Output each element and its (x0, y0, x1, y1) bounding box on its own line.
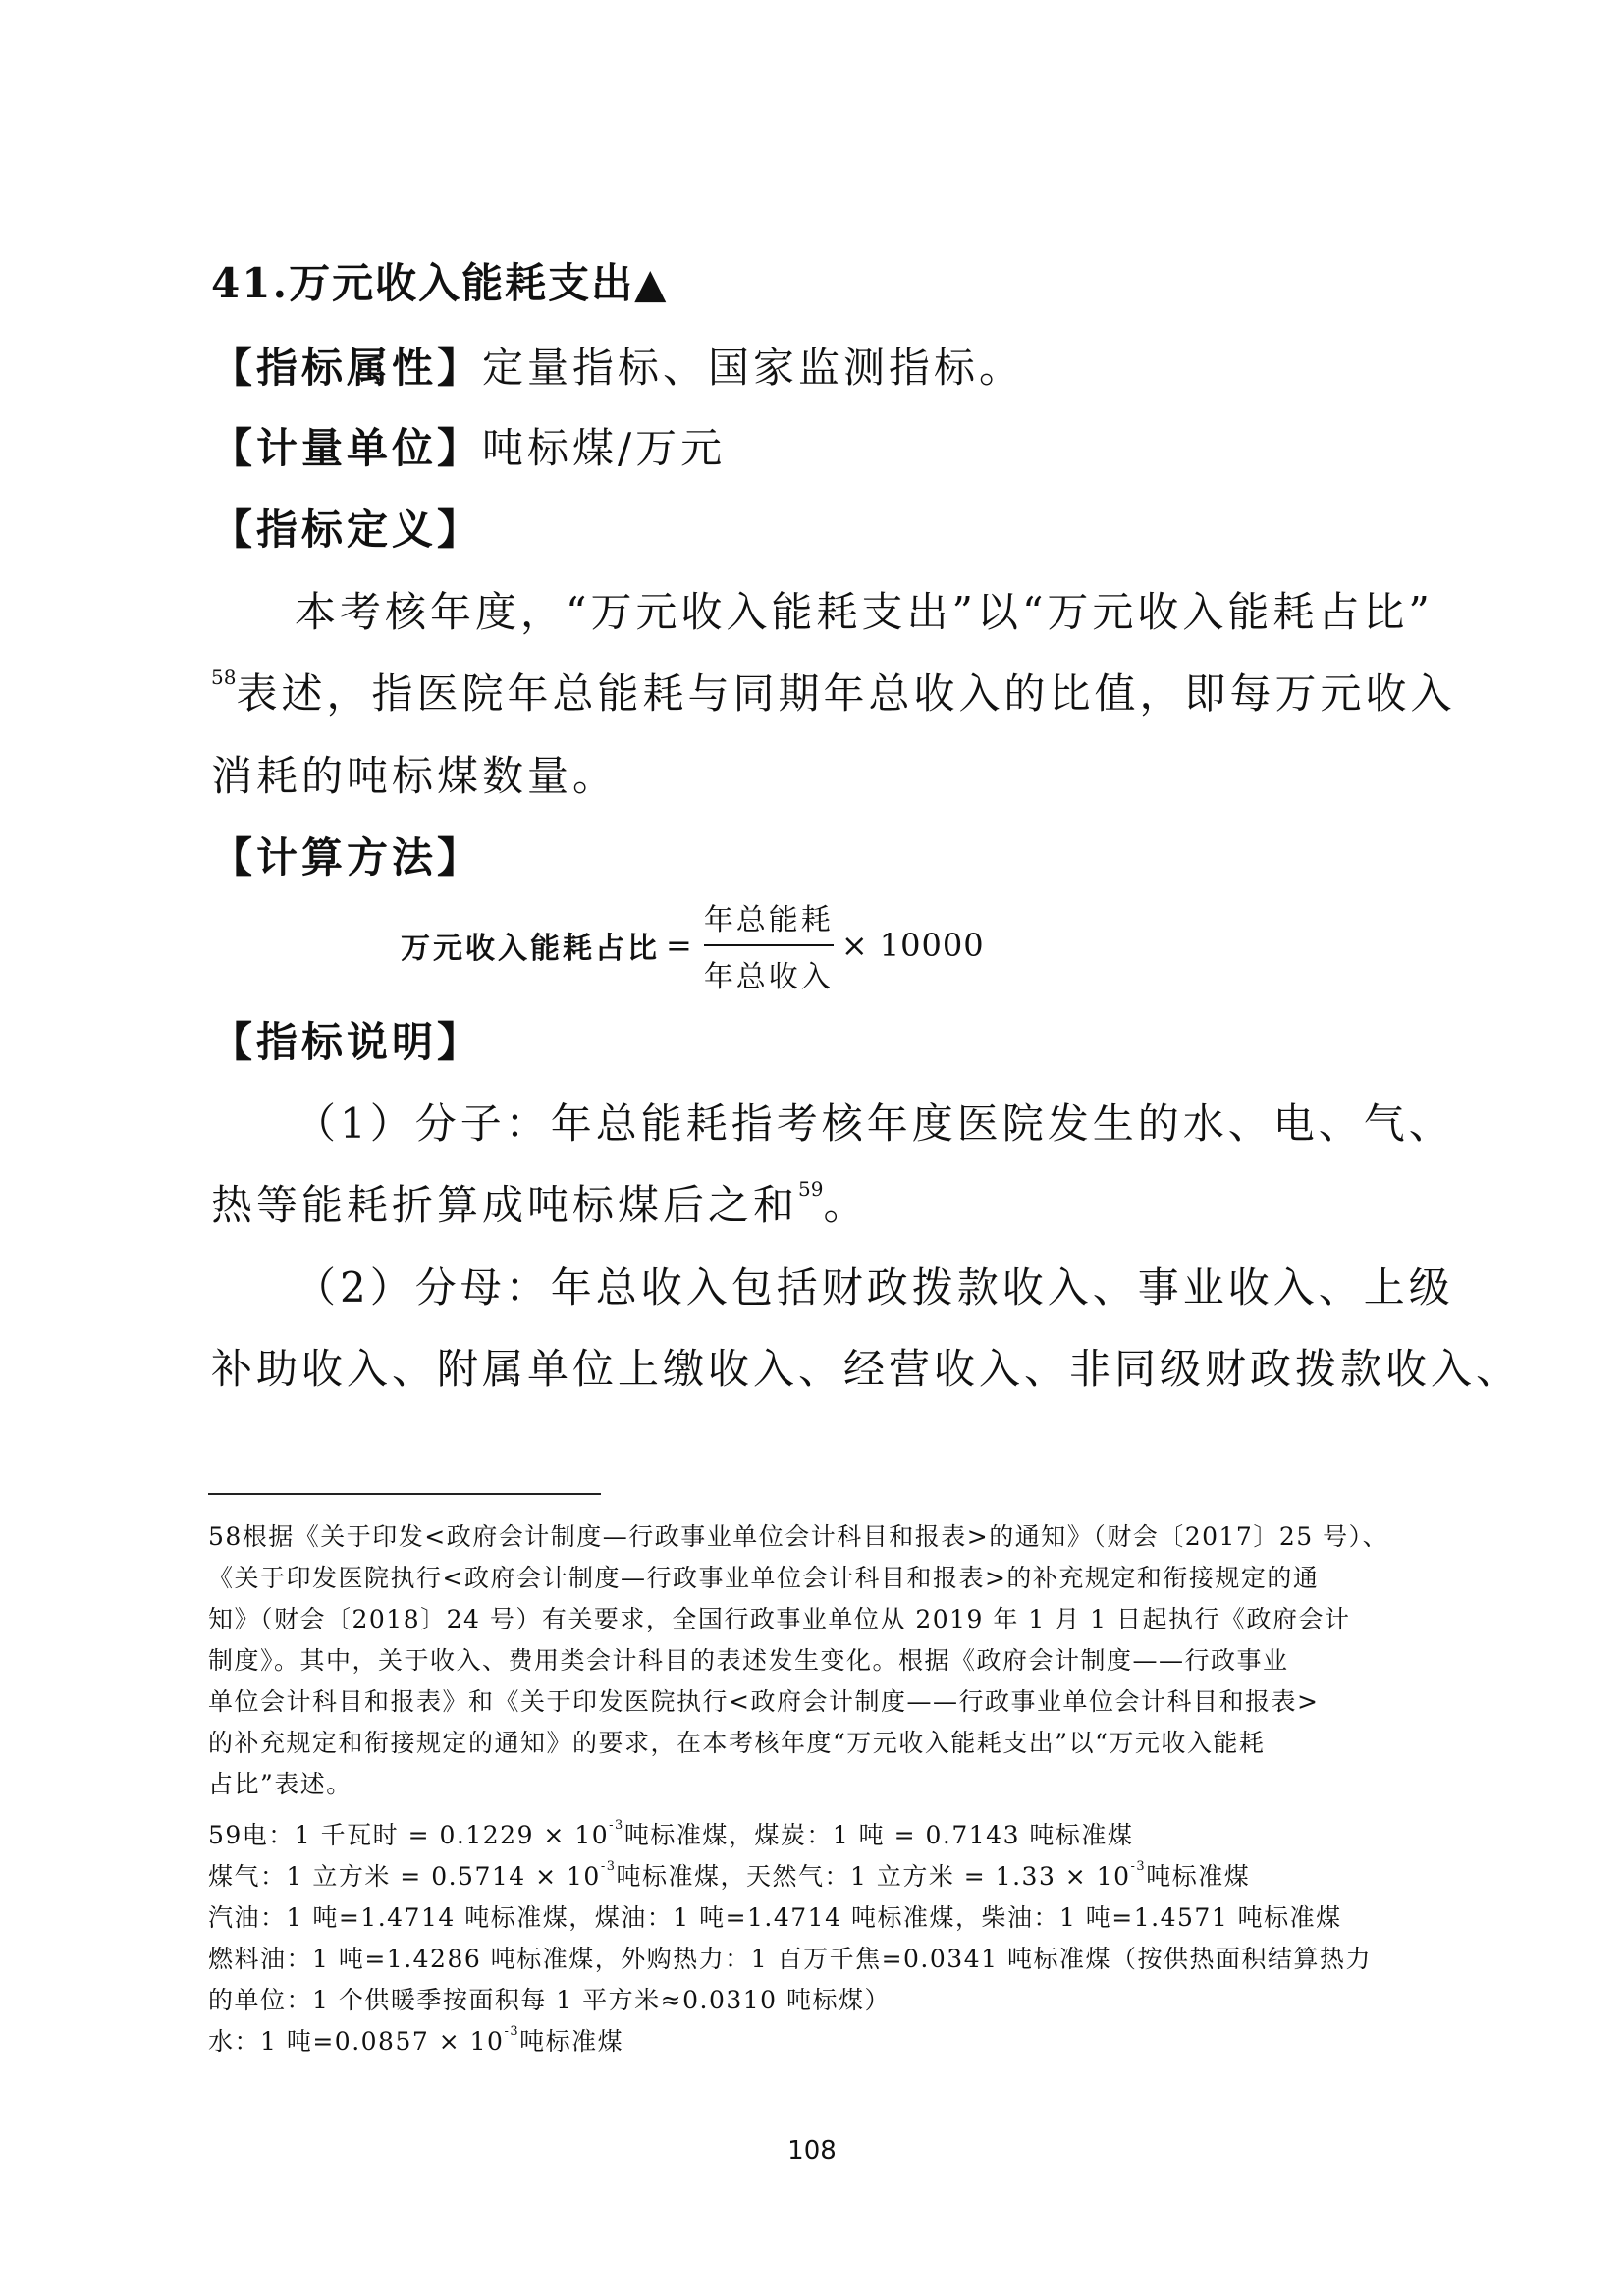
footnote-58-line-7: 占比”表述。 (208, 1772, 352, 1796)
footnote-ref-59[interactable]: 59 (798, 1177, 823, 1201)
conversion-gas: 煤气：1 立方米 = 0.5714 × 10 (208, 1862, 601, 1891)
formula-numerator: 年总能耗 (700, 895, 838, 938)
conversion-natural-gas-unit: 吨标准煤 (1146, 1862, 1250, 1891)
notes-line-2-tail: 。 (823, 1181, 868, 1229)
notes-line-3: （2）分母：年总收入包括财政拨款收入、事业收入、上级 (295, 1267, 1454, 1308)
definition-heading: 【指标定义】 (211, 509, 482, 551)
unit-value: 吨标煤/万元 (482, 424, 726, 472)
unit-label: 【计量单位】 (211, 424, 482, 472)
definition-line-3: 消耗的吨标煤数量。 (211, 756, 618, 797)
formula-equals: = (666, 927, 692, 964)
footnote-58-line-2: 《关于印发医院执行<政府会计制度—行政事业单位会计科目和报表>的补充规定和衔接规… (208, 1566, 1319, 1590)
footnote-ref-58[interactable]: 58 (211, 666, 236, 689)
exponent: -3 (504, 2024, 519, 2039)
notes-line-4: 补助收入、附属单位上缴收入、经营收入、非同级财政拨款收入、 (211, 1349, 1521, 1390)
notes-line-1: （1）分子：年总能耗指考核年度医院发生的水、电、气、 (295, 1103, 1454, 1145)
formula-multiplier: × 10000 (841, 927, 985, 964)
attribute-value: 定量指标、国家监测指标。 (482, 344, 1024, 392)
footnote-59-line-6: 水：1 吨=0.0857 × 10-3吨标准煤 (208, 2029, 623, 2054)
definition-line-2: 58表述，指医院年总能耗与同期年总收入的比值，即每万元收入 (211, 673, 1455, 715)
conversion-water: 水：1 吨=0.0857 × 10 (208, 2027, 504, 2056)
exponent: -3 (601, 1859, 617, 1874)
unit-row: 【计量单位】吨标煤/万元 (211, 428, 726, 469)
definition-line-2-text: 表述，指医院年总能耗与同期年总收入的比值，即每万元收入 (236, 669, 1455, 718)
formula-fraction: 年总能耗 年总收入 (700, 895, 838, 995)
footnote-59-line-2: 煤气：1 立方米 = 0.5714 × 10-3吨标准煤，天然气：1 立方米 =… (208, 1864, 1250, 1889)
footnote-58-line-4: 制度》。其中，关于收入、费用类会计科目的表述发生变化。根据《政府会计制度——行政… (208, 1648, 1289, 1673)
formula-lhs: 万元收入能耗占比 (401, 924, 660, 967)
page-number: 108 (0, 2136, 1624, 2165)
triangle-marker-icon: ▲ (634, 259, 668, 307)
attribute-row: 【指标属性】定量指标、国家监测指标。 (211, 347, 1024, 389)
footnote-59-line-3: 汽油：1 吨=1.4714 吨标准煤，煤油：1 吨=1.4714 吨标准煤，柴油… (208, 1905, 1342, 1930)
notes-line-2: 热等能耗折算成吨标煤后之和59。 (211, 1185, 868, 1226)
footnote-59-line-4: 燃料油：1 吨=1.4286 吨标准煤，外购热力：1 百万千焦=0.0341 吨… (208, 1947, 1372, 1971)
section-title: 41.万元收入能耗支出▲ (211, 263, 668, 304)
definition-line-1: 本考核年度，“万元收入能耗支出”以“万元收入能耗占比” (295, 592, 1434, 633)
fraction-bar (704, 944, 834, 946)
notes-line-2-text: 热等能耗折算成吨标煤后之和 (211, 1181, 798, 1229)
conversion-natural-gas: 吨标准煤，天然气：1 立方米 = 1.33 × 10 (617, 1862, 1131, 1891)
footnote-59-line-5: 的单位：1 个供暖季按面积每 1 平方米≈0.0310 吨标煤） (208, 1988, 891, 2012)
footnote-59-line-1: 59电：1 千瓦时 = 0.1229 × 10-3吨标准煤，煤炭：1 吨 = 0… (208, 1823, 1133, 1847)
exponent: -3 (1131, 1859, 1147, 1874)
footnote-58-line-5: 单位会计科目和报表》和《关于印发医院执行<政府会计制度——行政事业单位会计科目和… (208, 1689, 1319, 1714)
exponent: -3 (609, 1818, 624, 1833)
calculation-heading: 【计算方法】 (211, 837, 482, 879)
formula: 万元收入能耗占比 = 年总能耗 年总收入 × 10000 (401, 901, 985, 989)
footnote-separator (208, 1493, 601, 1495)
conversion-water-unit: 吨标准煤 (519, 2027, 623, 2056)
title-text: 41.万元收入能耗支出 (211, 259, 634, 307)
footnote-58-line-6: 的补充规定和衔接规定的通知》的要求，在本考核年度“万元收入能耗支出”以“万元收入… (208, 1731, 1265, 1755)
footnote-58-line-3: 知》（财会〔2018〕24 号）有关要求，全国行政事业单位从 2019 年 1 … (208, 1607, 1351, 1631)
attribute-label: 【指标属性】 (211, 344, 482, 392)
footnote-58-line-1: 58根据《关于印发<政府会计制度—行政事业单位会计科目和报表>的通知》（财会〔2… (208, 1524, 1388, 1549)
formula-denominator: 年总收入 (700, 952, 838, 995)
conversion-coal: 吨标准煤，煤炭：1 吨 = 0.7143 吨标准煤 (624, 1821, 1134, 1849)
conversion-electricity: 59电：1 千瓦时 = 0.1229 × 10 (208, 1821, 609, 1849)
notes-heading: 【指标说明】 (211, 1022, 482, 1063)
